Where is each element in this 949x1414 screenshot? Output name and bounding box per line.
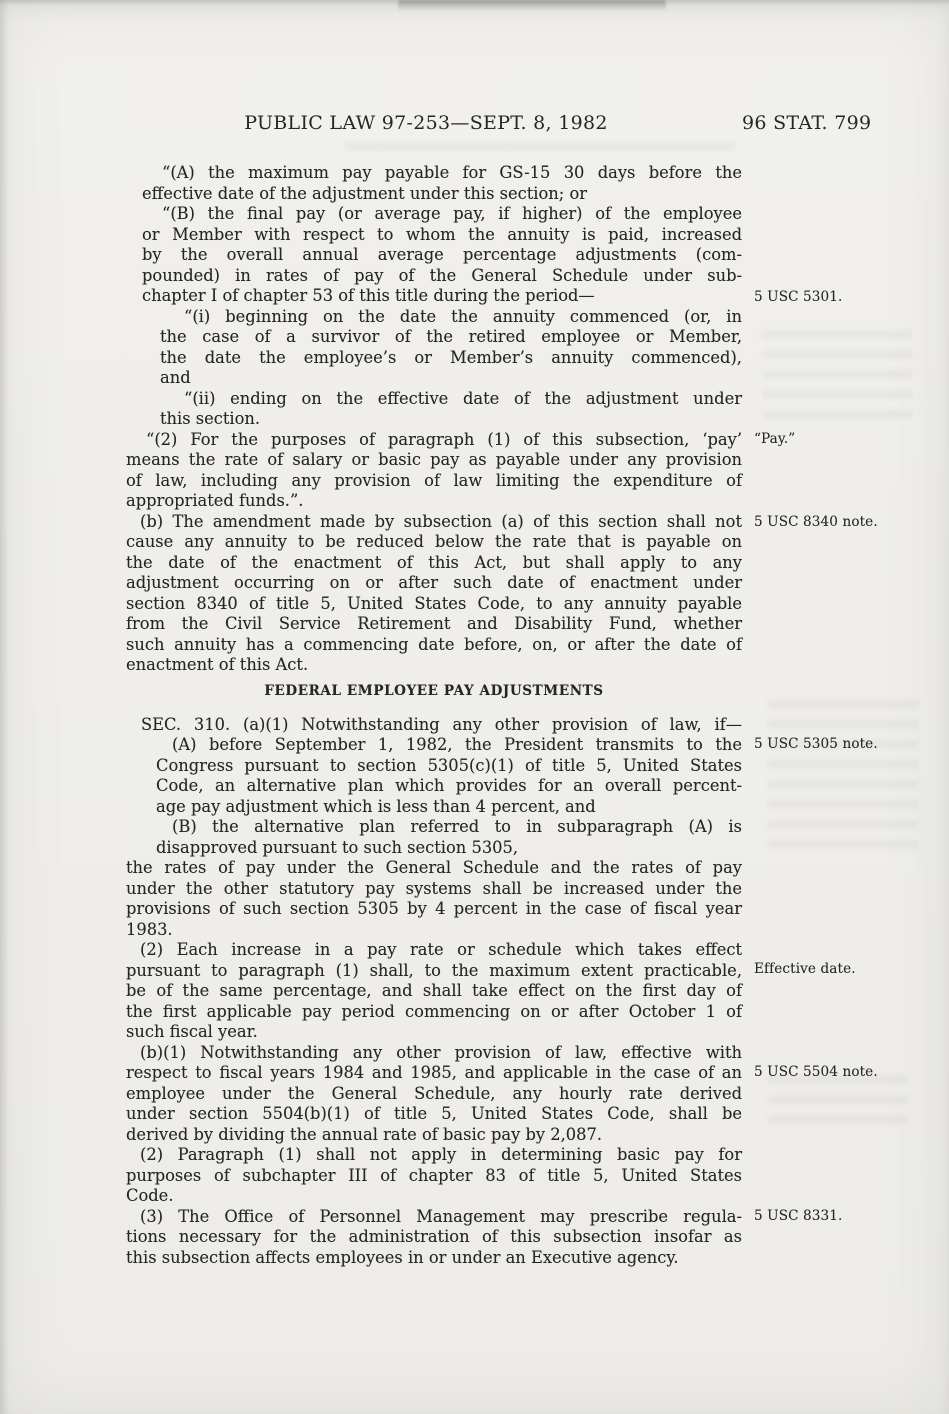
body-line: this section. xyxy=(160,409,742,430)
body-line: pounded) in rates of pay of the General … xyxy=(142,266,742,287)
body-line: (b)(1) Notwithstanding any other provisi… xyxy=(126,1043,742,1064)
body-line: purposes of subchapter III of chapter 83… xyxy=(126,1166,742,1187)
paragraph: (b)(1) Notwithstanding any other provisi… xyxy=(126,1043,742,1146)
scan-left-edge-shadow xyxy=(0,0,9,1414)
paragraph: “(B) the final pay (or average pay, if h… xyxy=(126,204,742,307)
bleed-through-artifact xyxy=(762,330,912,420)
body-line: of law, including any provision of law l… xyxy=(126,471,742,492)
paragraph: (b) The amendment made by subsection (a)… xyxy=(126,512,742,676)
body-line: “(2) For the purposes of paragraph (1) o… xyxy=(126,430,742,451)
body-line: under the other statutory pay systems sh… xyxy=(126,879,742,900)
body-line: appropriated funds.”. xyxy=(126,491,742,512)
body-line: or Member with respect to whom the annui… xyxy=(142,225,742,246)
body-line: this subsection affects employees in or … xyxy=(126,1248,742,1269)
margin-note: “Pay.” xyxy=(754,431,904,447)
body-line: (B) the alternative plan referred to in … xyxy=(156,817,742,838)
body-line: the date of the enactment of this Act, b… xyxy=(126,553,742,574)
stat-page-citation: 96 STAT. 799 xyxy=(742,112,902,134)
body-line: such fiscal year. xyxy=(126,1022,742,1043)
margin-note: 5 USC 5305 note. xyxy=(754,736,904,752)
body-line: effective date of the adjustment under t… xyxy=(142,184,742,205)
body-line: the rates of pay under the General Sched… xyxy=(126,858,742,879)
statute-text-column: “(A) the maximum pay payable for GS-15 3… xyxy=(126,163,742,1268)
section-heading: FEDERAL EMPLOYEE PAY ADJUSTMENTS xyxy=(126,682,742,700)
paragraph: SEC. 310. (a)(1) Notwithstanding any oth… xyxy=(126,715,742,736)
body-line: (b) The amendment made by subsection (a)… xyxy=(126,512,742,533)
body-line: SEC. 310. (a)(1) Notwithstanding any oth… xyxy=(126,715,742,736)
body-line: the case of a survivor of the retired em… xyxy=(160,327,742,348)
body-line: tions necessary for the administration o… xyxy=(126,1227,742,1248)
body-line: chapter I of chapter 53 of this title du… xyxy=(142,286,742,307)
body-line: derived by dividing the annual rate of b… xyxy=(126,1125,742,1146)
body-line: 1983. xyxy=(126,920,742,941)
body-line: “(A) the maximum pay payable for GS-15 3… xyxy=(142,163,742,184)
paragraph: (2) Each increase in a pay rate or sched… xyxy=(126,940,742,1043)
margin-note: 5 USC 5301. xyxy=(754,289,904,305)
body-line: Code. xyxy=(126,1186,742,1207)
body-line: the date the employee’s or Member’s annu… xyxy=(160,348,742,369)
paragraph: (3) The Office of Personnel Management m… xyxy=(126,1207,742,1269)
bleed-through-artifact xyxy=(345,142,735,158)
body-line: “(i) beginning on the date the annuity c… xyxy=(160,307,742,328)
body-line: disapproved pursuant to such section 530… xyxy=(156,838,742,859)
body-line: be of the same percentage, and shall tak… xyxy=(126,981,742,1002)
scan-smudge-artifact xyxy=(398,0,666,11)
running-head-law-title: PUBLIC LAW 97-253—SEPT. 8, 1982 xyxy=(126,112,726,134)
margin-note: 5 USC 8340 note. xyxy=(754,514,904,530)
body-line: Code, an alternative plan which provides… xyxy=(156,776,742,797)
paragraph: (B) the alternative plan referred to in … xyxy=(126,817,742,858)
paragraph: the rates of pay under the General Sched… xyxy=(126,858,742,940)
body-line: pursuant to paragraph (1) shall, to the … xyxy=(126,961,742,982)
body-line: section 8340 of title 5, United States C… xyxy=(126,594,742,615)
body-line: (2) Paragraph (1) shall not apply in det… xyxy=(126,1145,742,1166)
paragraph: “(A) the maximum pay payable for GS-15 3… xyxy=(126,163,742,204)
body-line: by the overall annual average percentage… xyxy=(142,245,742,266)
body-line: enactment of this Act. xyxy=(126,655,742,676)
body-line: “(B) the final pay (or average pay, if h… xyxy=(142,204,742,225)
body-line: the first applicable pay period commenci… xyxy=(126,1002,742,1023)
body-line: respect to fiscal years 1984 and 1985, a… xyxy=(126,1063,742,1084)
body-line: (A) before September 1, 1982, the Presid… xyxy=(156,735,742,756)
margin-note: 5 USC 5504 note. xyxy=(754,1064,904,1080)
paragraph: “(2) For the purposes of paragraph (1) o… xyxy=(126,430,742,512)
body-line: means the rate of salary or basic pay as… xyxy=(126,450,742,471)
body-line: (3) The Office of Personnel Management m… xyxy=(126,1207,742,1228)
paragraph: “(ii) ending on the effective date of th… xyxy=(126,389,742,430)
paragraph: “(i) beginning on the date the annuity c… xyxy=(126,307,742,389)
body-line: under section 5504(b)(1) of title 5, Uni… xyxy=(126,1104,742,1125)
body-line: (2) Each increase in a pay rate or sched… xyxy=(126,940,742,961)
bleed-through-artifact xyxy=(768,1075,908,1130)
margin-note: Effective date. xyxy=(754,961,904,977)
body-line: adjustment occurring on or after such da… xyxy=(126,573,742,594)
body-line: age pay adjustment which is less than 4 … xyxy=(156,797,742,818)
body-line: from the Civil Service Retirement and Di… xyxy=(126,614,742,635)
body-line: and xyxy=(160,368,742,389)
bleed-through-artifact xyxy=(768,700,918,850)
body-line: cause any annuity to be reduced below th… xyxy=(126,532,742,553)
margin-note: 5 USC 8331. xyxy=(754,1208,904,1224)
body-line: employee under the General Schedule, any… xyxy=(126,1084,742,1105)
scanned-statute-page: PUBLIC LAW 97-253—SEPT. 8, 1982 96 STAT.… xyxy=(0,0,949,1414)
body-line: provisions of such section 5305 by 4 per… xyxy=(126,899,742,920)
body-line: such annuity has a commencing date befor… xyxy=(126,635,742,656)
paragraph: (A) before September 1, 1982, the Presid… xyxy=(126,735,742,817)
paragraph: (2) Paragraph (1) shall not apply in det… xyxy=(126,1145,742,1207)
body-line: “(ii) ending on the effective date of th… xyxy=(160,389,742,410)
body-line: Congress pursuant to section 5305(c)(1) … xyxy=(156,756,742,777)
